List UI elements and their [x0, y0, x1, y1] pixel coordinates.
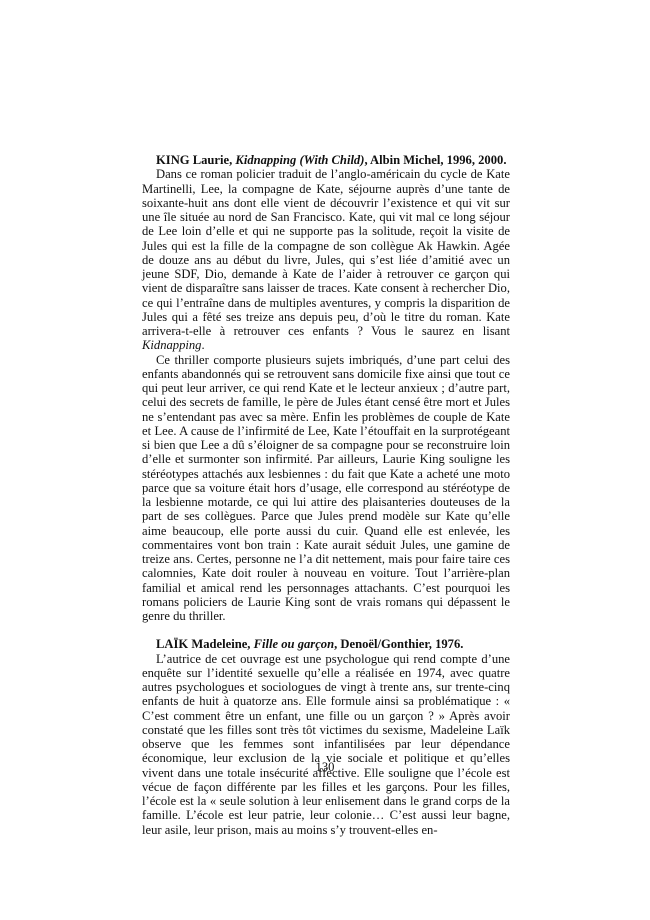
entry-publisher: , Albin Michel, 1996, 2000. [364, 153, 506, 167]
entry-paragraph: L’autrice de cet ouvrage est une psychol… [142, 652, 510, 837]
entry-heading: KING Laurie, Kidnapping (With Child), Al… [142, 153, 510, 167]
entry-author: LAÏK Madeleine, [156, 637, 254, 651]
paragraph-text: Dans ce roman policier traduit de l’angl… [142, 167, 510, 338]
entry-title: Fille ou garçon [254, 637, 334, 651]
paragraph-italic-text: Kidnapping [142, 338, 201, 352]
entry-paragraph: Dans ce roman policier traduit de l’angl… [142, 167, 510, 352]
document-page: KING Laurie, Kidnapping (With Child), Al… [142, 153, 510, 837]
entry-king-kidnapping: KING Laurie, Kidnapping (With Child), Al… [142, 153, 510, 623]
paragraph-text: L’autrice de cet ouvrage est une psychol… [142, 652, 510, 837]
paragraph-text-end: . [201, 338, 204, 352]
entry-title: Kidnapping (With Child) [235, 153, 364, 167]
entry-paragraph: Ce thriller comporte plusieurs sujets im… [142, 353, 510, 624]
entry-author: KING Laurie, [156, 153, 235, 167]
entry-publisher: , Denoël/Gonthier, 1976. [334, 637, 463, 651]
paragraph-text: Ce thriller comporte plusieurs sujets im… [142, 353, 510, 624]
entry-separator [142, 623, 510, 637]
page-number: 130 [0, 760, 650, 775]
entry-laik-fille-ou-garcon: LAÏK Madeleine, Fille ou garçon, Denoël/… [142, 637, 510, 837]
entry-heading: LAÏK Madeleine, Fille ou garçon, Denoël/… [142, 637, 510, 651]
